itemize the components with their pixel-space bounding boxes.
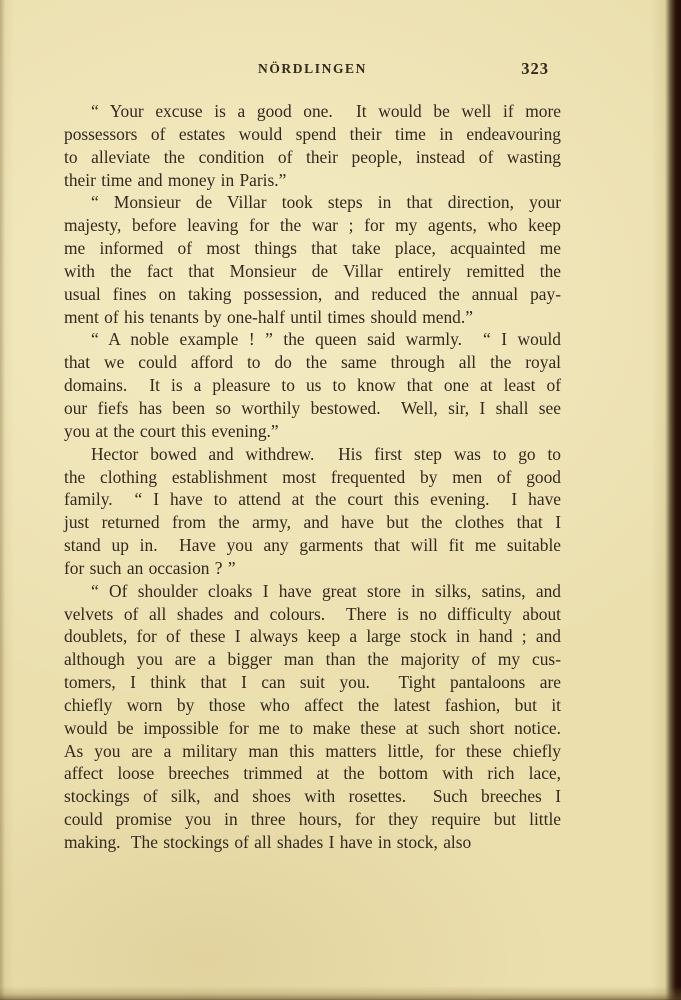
paragraph: “ A noble example ! ” the queen said war… (64, 328, 561, 442)
text-line: family. “ I have to attend at the court … (64, 488, 561, 511)
text-line: me informed of most things that take pla… (64, 237, 561, 260)
text-line: just returned from the army, and have bu… (64, 511, 561, 534)
text-line: “ Monsieur de Villar took steps in that … (64, 191, 561, 214)
paragraph: “ Of shoulder cloaks I have great store … (64, 580, 561, 854)
text-line: you at the court this evening.” (64, 420, 561, 443)
book-edge-bottom (0, 986, 681, 1000)
text-line: stockings of silk, and shoes with rosett… (64, 785, 561, 808)
text-line: “ Your excuse is a good one. It would be… (64, 100, 561, 123)
paragraph: “ Your excuse is a good one. It would be… (64, 100, 561, 191)
text-line: with the fact that Monsieur de Villar en… (64, 260, 561, 283)
text-line: velvets of all shades and colours. There… (64, 603, 561, 626)
text-line: for such an occasion ? ” (64, 557, 561, 580)
text-line: the clothing establishment most frequent… (64, 466, 561, 489)
text-line: doublets, for of these I always keep a l… (64, 625, 561, 648)
text-line: tomers, I think that I can suit you. Tig… (64, 671, 561, 694)
page-number: 323 (521, 59, 549, 79)
text-line: could promise you in three hours, for th… (64, 808, 561, 831)
book-edge-right (665, 0, 681, 1000)
text-line: ment of his tenants by one-half until ti… (64, 306, 561, 329)
paragraph: “ Monsieur de Villar took steps in that … (64, 191, 561, 328)
running-header: NÖRDLINGEN (64, 61, 561, 81)
text-line: possessors of estates would spend their … (64, 123, 561, 146)
text-line: As you are a military man this matters l… (64, 740, 561, 763)
text-line: domains. It is a pleasure to us to know … (64, 374, 561, 397)
text-line: that we could afford to do the same thro… (64, 351, 561, 374)
text-line: would be impossible for me to make these… (64, 717, 561, 740)
text-line: usual fines on taking possession, and re… (64, 283, 561, 306)
text-line: affect loose breeches trimmed at the bot… (64, 762, 561, 785)
text-line: chiefly worn by those who affect the lat… (64, 694, 561, 717)
page-body: “ Your excuse is a good one. It would be… (64, 100, 561, 854)
text-line: Hector bowed and withdrew. His first ste… (64, 443, 561, 466)
text-line: their time and money in Paris.” (64, 169, 561, 192)
text-line: “ Of shoulder cloaks I have great store … (64, 580, 561, 603)
paragraph: Hector bowed and withdrew. His first ste… (64, 443, 561, 580)
text-line: to alleviate the condition of their peop… (64, 146, 561, 169)
chapter-title: NÖRDLINGEN (64, 61, 561, 77)
text-line: majesty, before leaving for the war ; fo… (64, 214, 561, 237)
text-line: “ A noble example ! ” the queen said war… (64, 328, 561, 351)
book-page-scan: NÖRDLINGEN 323 “ Your excuse is a good o… (0, 0, 681, 1000)
text-line: stand up in. Have you any garments that … (64, 534, 561, 557)
page-left-edge (0, 0, 5, 1000)
text-line: making. The stockings of all shades I ha… (64, 831, 561, 854)
text-line: although you are a bigger man than the m… (64, 648, 561, 671)
text-line: our fiefs has been so worthily bestowed.… (64, 397, 561, 420)
